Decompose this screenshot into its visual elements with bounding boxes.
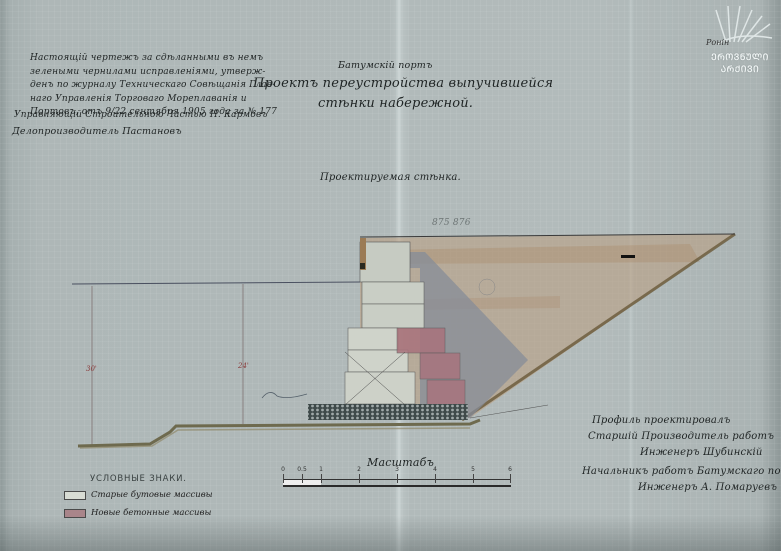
legend-item-new-blocks: Новые бетонные массивы <box>64 508 211 518</box>
legend-swatch <box>64 509 86 518</box>
legend-swatch <box>64 491 86 500</box>
page-title: Проектъ переустройства выпучившейся <box>253 76 553 91</box>
credit-line: Инженеръ Шубинскій <box>640 444 763 461</box>
approval-note-line: Настоящій чертежъ за сдѣланными въ немъ <box>30 52 277 66</box>
ink-mark <box>621 255 635 258</box>
credit-line: Инженеръ А. Помаруевъ <box>638 479 777 496</box>
legend-label: Старые бутовые массивы <box>91 490 213 500</box>
seabed-line <box>78 420 480 446</box>
scale-tick-label: 2 <box>357 466 361 473</box>
old-block <box>345 372 415 404</box>
legend-label: Новые бетонные массивы <box>91 508 211 518</box>
dimension-label-30: 30' <box>86 365 97 373</box>
old-block <box>362 282 424 304</box>
page-title-line2: стѣнки набережной. <box>318 96 473 111</box>
stamp-text: ᲐᲠᲥᲘᲕᲘ <box>700 62 780 75</box>
manager-signature: Управляющій Строительною Частью Н. Кармо… <box>14 110 268 120</box>
new-block <box>420 353 460 379</box>
legend-item-old-blocks: Старые бутовые массивы <box>64 490 213 500</box>
credit-line: Профиль проектировалъ <box>592 412 731 429</box>
scale-title: Масштабъ <box>367 456 434 469</box>
stamp-signature: Ронін <box>706 38 729 47</box>
scale-bar: 0 0.5 1 2 3 4 5 6 <box>283 479 511 487</box>
scale-tick-label: 0 <box>281 466 285 473</box>
scale-tick-label: 4 <box>433 466 437 473</box>
scale-tick-label: 3 <box>395 466 399 473</box>
scale-tick-label: 5 <box>471 466 475 473</box>
old-block <box>362 304 424 328</box>
archive-stamp: Ронін ᲔᲠᲝᲕᲜᲣᲚᲘ ᲐᲠᲥᲘᲕᲘ <box>696 2 781 77</box>
scale-tick-label: 1 <box>319 466 323 473</box>
port-label: Батумскій портъ <box>338 60 432 71</box>
approval-note-line: зелеными чернилами исправленіями, утверж… <box>30 66 277 80</box>
new-block <box>427 380 465 406</box>
approval-note-line: наго Управленія Торговаго Мореплаванія и <box>30 93 277 107</box>
section-label: Проектируемая стѣнка. <box>320 172 461 183</box>
dimension-label-24: 24' <box>238 362 249 370</box>
old-block <box>348 328 398 350</box>
old-block <box>348 350 408 372</box>
old-block <box>360 242 410 282</box>
scale-tick-label: 6 <box>508 466 512 473</box>
top-annotation: 875 876 <box>432 218 471 228</box>
water-level-line <box>72 282 360 284</box>
scale-tick-label: 0.5 <box>297 466 307 473</box>
new-block <box>397 328 445 353</box>
credit-line: Начальникъ работъ Батумскаго порта <box>582 463 781 480</box>
legend-title: УСЛОВНЫЕ ЗНАКИ. <box>90 474 187 484</box>
clerk-signature: Делопроизводитель Пастановъ <box>12 126 182 137</box>
approval-note-line: денъ по журналу Техническаго Совѣщанія Г… <box>30 79 277 93</box>
credit-line: Старшій Производитель работъ <box>588 428 774 445</box>
